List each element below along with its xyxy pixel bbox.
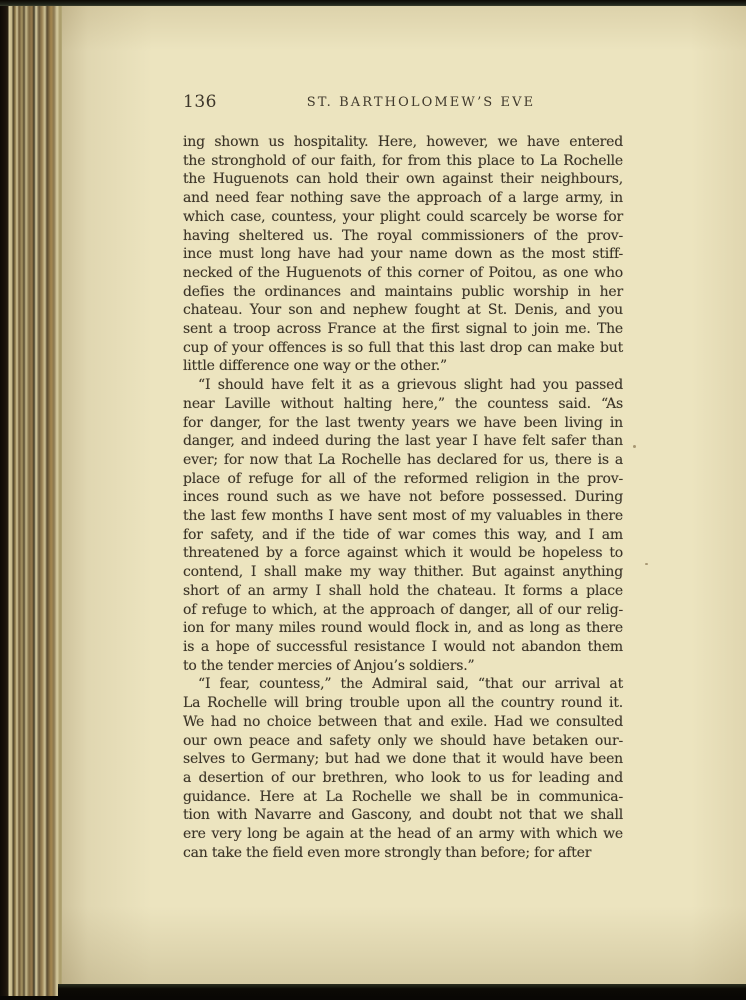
text-line: ere very long be again at the head of an… [183,825,623,844]
paragraph: “I fear, countess,” the Admiral said, “t… [183,675,623,862]
text-line: near Laville without halting here,” the … [183,395,623,414]
text-line: La Rochelle will bring trouble upon all … [183,694,623,713]
text-line: “I fear, countess,” the Admiral said, “t… [183,675,623,694]
text-line: our own peace and safety only we should … [183,732,623,751]
running-head: 136 ST. BARTHOLOMEW’S EVE [183,92,623,114]
text-line: defies the ordinances and maintains publ… [183,283,623,302]
text-line: a desertion of our brethren, who look to… [183,769,623,788]
text-line: danger, and indeed during the last year … [183,432,623,451]
text-line: inces round such as we have not before p… [183,488,623,507]
text-line: selves to Germany; but had we done that … [183,750,623,769]
text-line: contend, I shall make my way thither. Bu… [183,563,623,582]
text-line: tion with Navarre and Gascony, and doubt… [183,806,623,825]
text-line: ing shown us hospitality. Here, however,… [183,133,623,152]
text-line: short of an army I shall hold the chatea… [183,582,623,601]
paragraph: “I should have felt it as a grievous sli… [183,376,623,675]
text-line: having sheltered us. The royal commissio… [183,227,623,246]
scan-speck [633,445,636,448]
text-line: which case, countess, your plight could … [183,208,623,227]
text-line: guidance. Here at La Rochelle we shall b… [183,788,623,807]
text-line: for safety, and if the tide of war comes… [183,526,623,545]
text-line: threatened by a force against which it w… [183,544,623,563]
text-line: the stronghold of our faith, for from th… [183,152,623,171]
text-line: place of refuge for all of the reformed … [183,470,623,489]
text-line: is a hope of successful resistance I wou… [183,638,623,657]
text-line: for danger, for the last twenty years we… [183,414,623,433]
text-line: chateau. Your son and nephew fought at S… [183,301,623,320]
text-line: necked of the Huguenots of this corner o… [183,264,623,283]
text-line: the Huguenots can hold their own against… [183,170,623,189]
text-line: sent a troop across France at the first … [183,320,623,339]
text-line: the last few months I have sent most of … [183,507,623,526]
book-bottom-edge [0,996,746,1000]
text-line: We had no choice between that and exile.… [183,713,623,732]
text-line: of refuge to which, at the approach of d… [183,601,623,620]
text-line: ince must long have had your name down a… [183,245,623,264]
running-title: ST. BARTHOLOMEW’S EVE [307,95,535,110]
text-line: ever; for now that La Rochelle has decla… [183,451,623,470]
scanned-book-page: 136 ST. BARTHOLOMEW’S EVE ing shown us h… [0,0,746,1000]
book-page: 136 ST. BARTHOLOMEW’S EVE ing shown us h… [62,6,746,984]
paragraph: ing shown us hospitality. Here, however,… [183,133,623,376]
text-line: little difference one way or the other.” [183,357,623,376]
page-text: ing shown us hospitality. Here, however,… [183,133,623,862]
scan-speck [645,563,648,565]
text-line: can take the field even more strongly th… [183,844,623,863]
text-line: to the tender mercies of Anjou’s soldier… [183,657,623,676]
text-line: ion for many miles round would flock in,… [183,619,623,638]
text-line: cup of your offences is so full that thi… [183,339,623,358]
book-top-edge [0,0,746,6]
text-line: and need fear nothing save the approach … [183,189,623,208]
book-page-edges [0,4,64,998]
text-line: “I should have felt it as a grievous sli… [183,376,623,395]
page-number: 136 [183,92,217,112]
